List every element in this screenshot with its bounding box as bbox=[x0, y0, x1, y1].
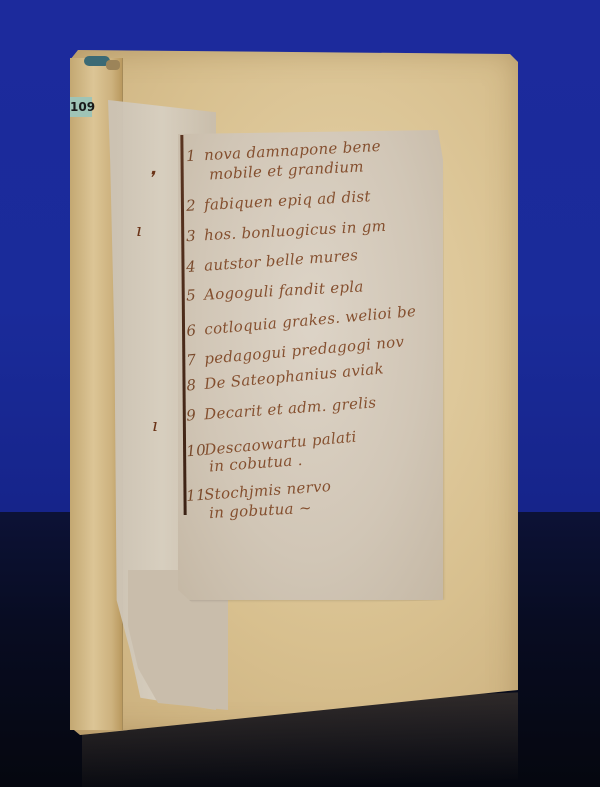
ink-mark: ı bbox=[152, 415, 158, 436]
spine-tie-knot bbox=[106, 60, 120, 70]
ink-blot: ❜ bbox=[148, 168, 154, 189]
lot-number-label: 109 bbox=[70, 97, 92, 117]
ink-mark: ı bbox=[136, 220, 142, 241]
vellum-book: 109 ❜ ı ı 1nova damnapone bene mobile et… bbox=[70, 50, 518, 735]
